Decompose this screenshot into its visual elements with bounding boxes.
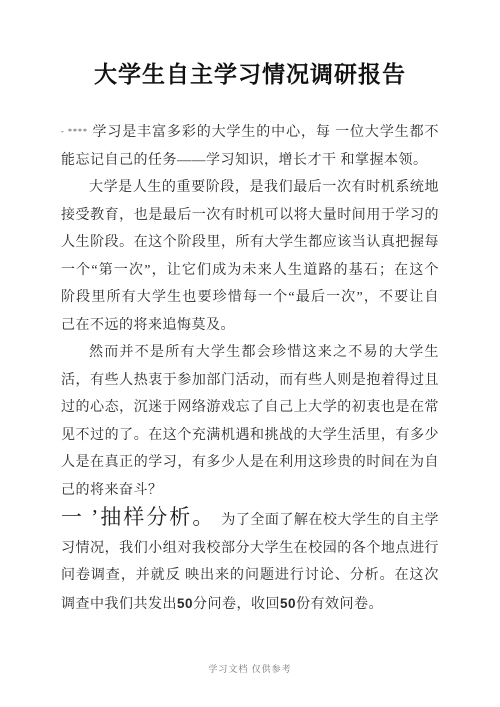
questionnaire-returned-count: 50	[280, 596, 296, 611]
section-text-3: 份有效问卷。	[296, 597, 383, 612]
tiny-annotation-marker: - ****	[61, 127, 88, 136]
paragraph-intro-text: 学习是丰富多彩的大学生的中心，每 一位大学生都不能忘记自己的任务——学习知识，增…	[61, 125, 439, 168]
paragraph-cherish-time: 然而并不是所有大学生都会珍惜这来之不易的大学生 活，有些人热衷于参加部门活动，而…	[61, 339, 439, 504]
section-sampling-analysis: 一 ’抽样分析。为了全面了解在校大学生的自主学习情况，我们小组对我校部分大学生在…	[61, 504, 439, 618]
questionnaire-sent-count: 50	[177, 596, 193, 611]
document-page: 大学生自主学习情况调研报告 - ****学习是丰富多彩的大学生的中心，每 一位大…	[0, 0, 500, 707]
paragraph-intro: - ****学习是丰富多彩的大学生的中心，每 一位大学生都不能忘记自己的任务——…	[61, 118, 439, 174]
page-footer-note: 学习文档 仅供参考	[0, 662, 500, 675]
page-title: 大学生自主学习情况调研报告	[61, 56, 439, 92]
paragraph-university-stage: 大学是人生的重要阶段，是我们最后一次有时机系统地 接受教育，也是最后一次有时机可…	[61, 174, 439, 339]
section-heading: 一 ’抽样分析。	[61, 505, 215, 529]
section-text-2: 分问卷，收回	[193, 597, 280, 612]
